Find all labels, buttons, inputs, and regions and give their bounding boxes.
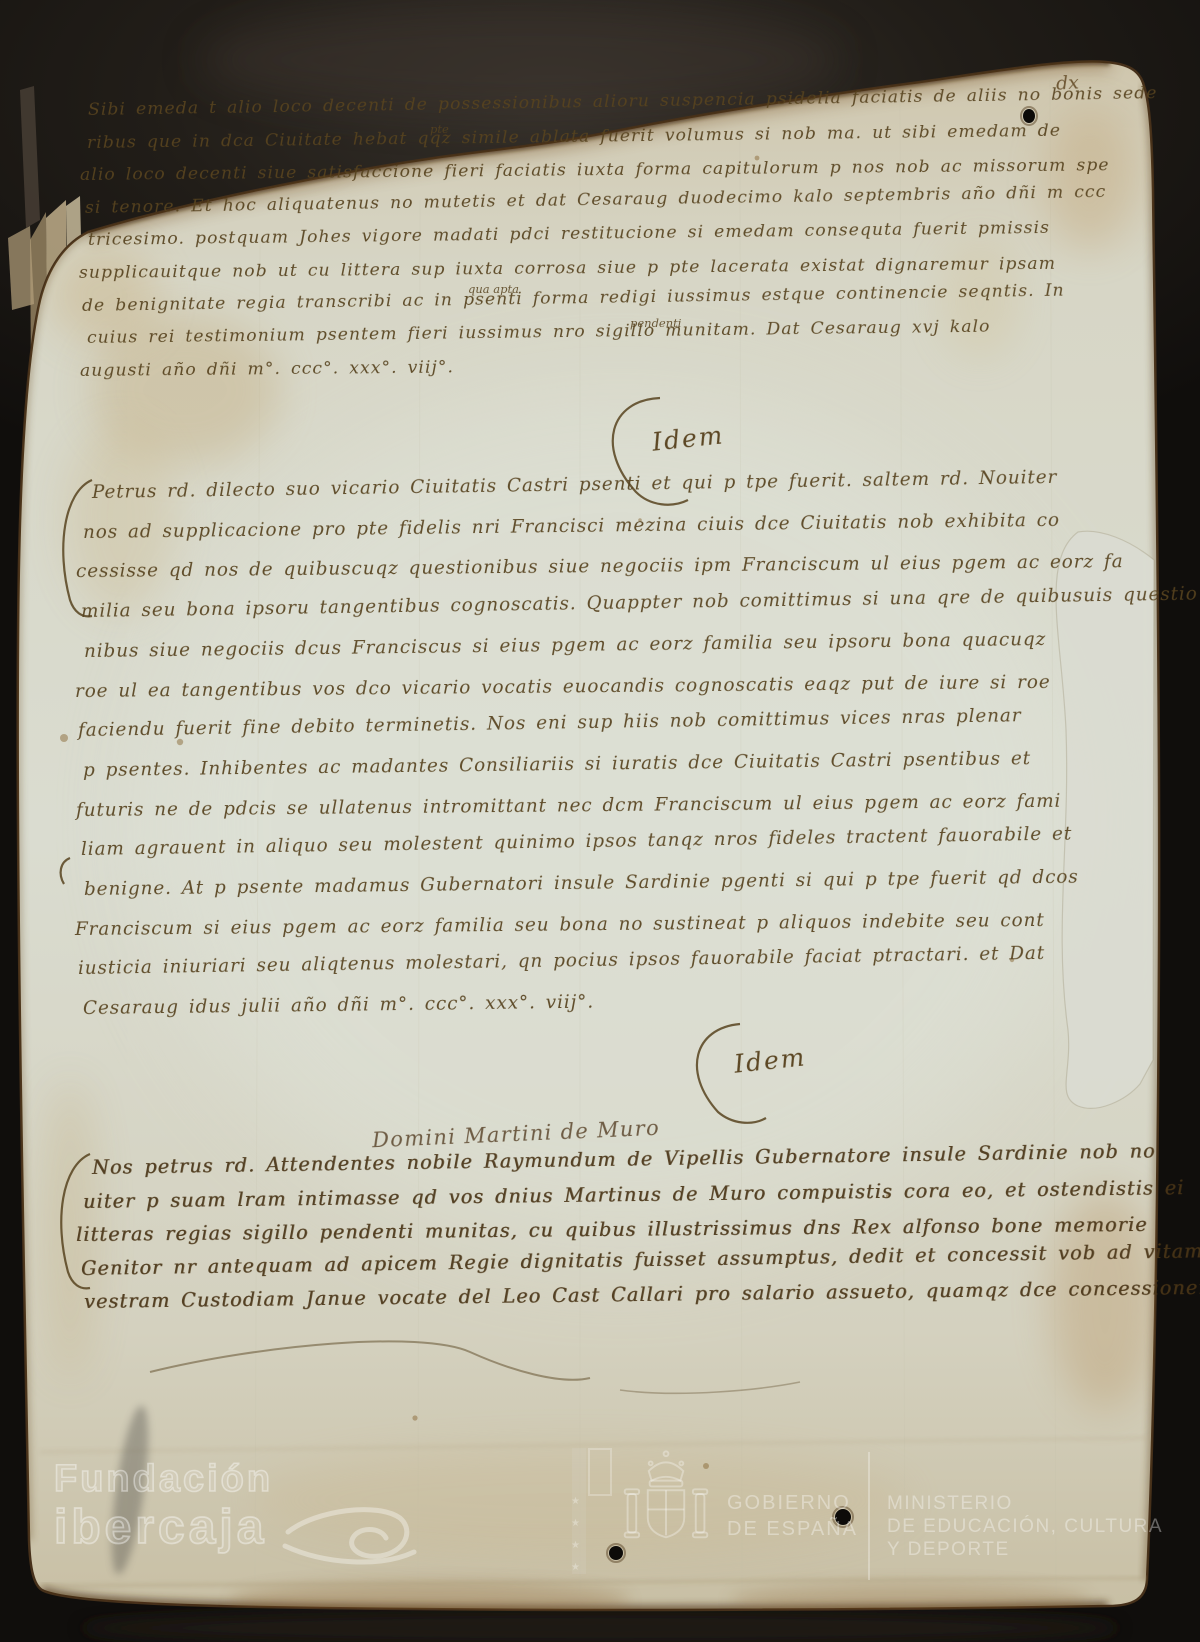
ministerio-line2: DE EDUCACIÓN, CULTURA: [887, 1515, 1163, 1538]
star-icon: ★: [571, 1562, 580, 1573]
interlinear-note: qua apta: [468, 282, 519, 296]
spain-coat-of-arms-icon: [618, 1446, 714, 1546]
gobierno-watermark-text: GOBIERNO DE ESPAÑA: [727, 1490, 858, 1542]
ministerio-line1: MINISTERIO: [887, 1492, 1163, 1515]
manuscript-line: iusticia iniuriari seu aliqtenus molesta…: [78, 943, 1045, 979]
manuscript-line: vestram Custodiam Janue vocate del Leo C…: [84, 1276, 1200, 1313]
manuscript-line: tricesimo. postquam Johes vigore madati …: [88, 218, 1050, 250]
manuscript-line: si tenore. Et hoc aliquatenus no mutetis…: [85, 182, 1107, 218]
star-icon: ★: [571, 1540, 580, 1551]
idem-mark-1: Idem: [651, 420, 726, 456]
idem-mark-2: Idem: [733, 1042, 808, 1078]
manuscript-line: liam agrauent in aliquo seu molestent qu…: [81, 824, 1072, 861]
manuscript-line: p psentes. Inhibentes ac madantes Consil…: [83, 748, 1031, 781]
government-watermark: ★ ★ ★ ★ GOBIERNO DE ESPAÑA MINISTERIO DE…: [560, 1438, 1170, 1596]
ministerio-line3: Y DEPORTE: [887, 1538, 1163, 1561]
star-icon: ★: [571, 1518, 580, 1529]
manuscript-line: supplicauitque nob ut cu littera sup iux…: [79, 254, 1056, 283]
foundation-watermark-line2: ibercaja: [54, 1500, 267, 1555]
manuscript-line: nos ad supplicacione pro pte fidelis nri…: [83, 509, 1060, 542]
manuscript-line: augusti año dñi m°. ccc°. xxx°. viij°.: [80, 357, 454, 381]
interlinear-note: pte: [430, 122, 449, 136]
watermark-divider: [868, 1452, 870, 1580]
eu-flag-bar: [572, 1448, 586, 1574]
flag-box-icon: [588, 1448, 612, 1496]
manuscript-line: Nos petrus rd. Attendentes nobile Raymun…: [92, 1139, 1156, 1179]
manuscript-line: roe ul ea tangentibus vos dco vicario vo…: [75, 671, 1051, 701]
text-layer: dx Sibi emeda t alio loco decenti de pos…: [0, 0, 1200, 1642]
manuscript-line: ribus que in dca Ciuitate hebat qqz simi…: [87, 120, 1061, 152]
manuscript-photo: dx Sibi emeda t alio loco decenti de pos…: [0, 0, 1200, 1642]
manuscript-line: uiter p suam lram intimasse qd vos dnius…: [83, 1176, 1185, 1213]
manuscript-line: nibus siue negociis dcus Franciscus si e…: [84, 629, 1046, 662]
manuscript-line: de benignitate regia transcribi ac in ps…: [82, 280, 1065, 315]
manuscript-line: faciendu fuerit fine debito terminetis. …: [78, 705, 1022, 741]
manuscript-line: alio loco decenti siue satisfaccione fie…: [80, 155, 1110, 185]
ibercaja-swirl-icon: [282, 1498, 422, 1576]
manuscript-line: litteras regias sigillo pendenti munitas…: [76, 1213, 1148, 1246]
gobierno-line2: DE ESPAÑA: [727, 1516, 858, 1542]
gobierno-line1: GOBIERNO: [727, 1490, 858, 1516]
manuscript-line: Genitor nr antequam ad apicem Regie dign…: [81, 1239, 1200, 1280]
ministerio-watermark-text: MINISTERIO DE EDUCACIÓN, CULTURA Y DEPOR…: [887, 1492, 1163, 1561]
foundation-watermark-line1: Fundación: [54, 1458, 273, 1501]
manuscript-line: cessisse qd nos de quibuscuqz questionib…: [76, 552, 1124, 583]
manuscript-line: Petrus rd. dilecto suo vicario Ciuitatis…: [92, 467, 1058, 503]
manuscript-line: Cesaraug idus julii año dñi m°. ccc°. xx…: [83, 992, 594, 1019]
foundation-watermark: Fundación ibercaja: [54, 1458, 434, 1588]
interlinear-note: pendenti: [630, 316, 681, 330]
manuscript-line: benigne. At p psente madamus Gubernatori…: [84, 867, 1079, 900]
manuscript-line: futuris ne de pdcis se ullatenus intromi…: [76, 790, 1061, 820]
manuscript-line: Sibi emeda t alio loco decenti de posses…: [88, 83, 1158, 120]
star-icon: ★: [571, 1496, 580, 1507]
manuscript-line: Franciscum si eius pgem ac eorz familia …: [75, 910, 1045, 940]
manuscript-line: cuius rei testimonium psentem fieri iuss…: [87, 317, 991, 348]
manuscript-line: milia seu bona ipsoru tangentibus cognos…: [81, 584, 1198, 623]
